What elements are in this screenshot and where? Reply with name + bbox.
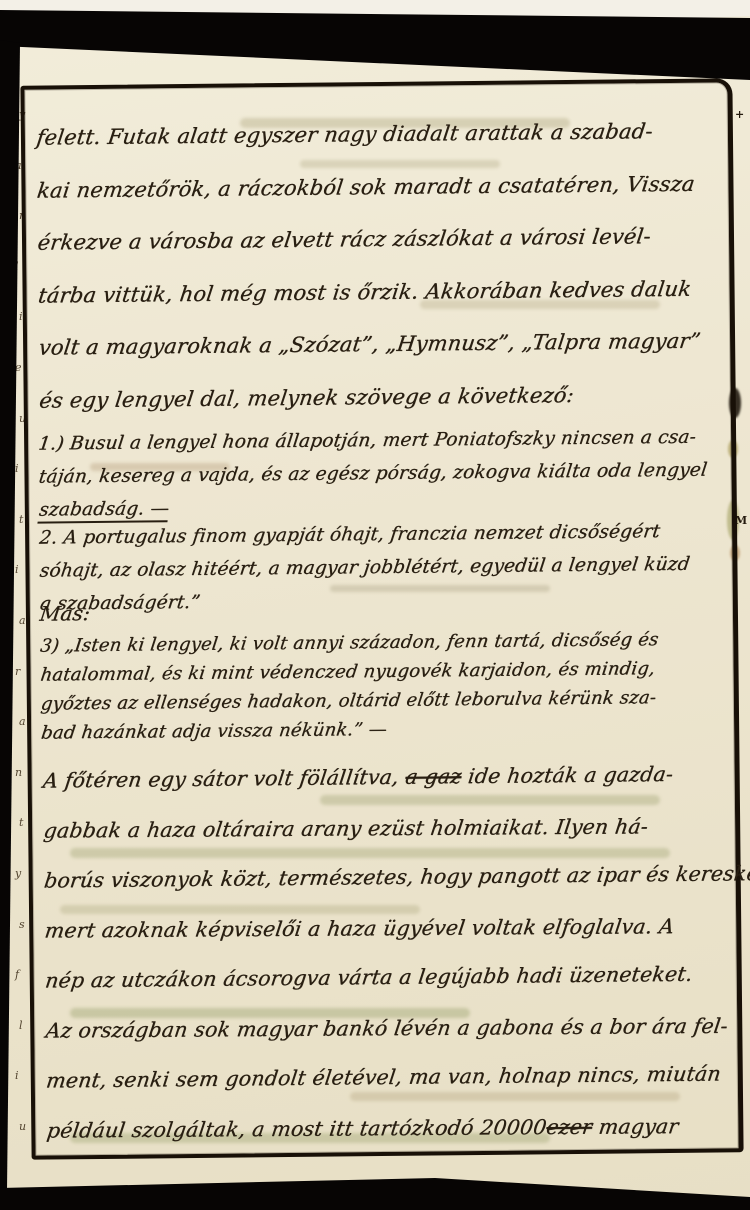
margin-bleed-letter: a xyxy=(19,715,26,728)
manuscript-line: Az országban sok magyar bankó lévén a ga… xyxy=(43,1001,743,1056)
manuscript-line: kai nemzetőrök, a ráczokból sok maradt a… xyxy=(34,157,735,217)
text-segment: 1.) Busul a lengyel hona állapotján, mer… xyxy=(37,427,697,455)
text-segment: gabbak a haza oltáraira arany ezüst holm… xyxy=(42,814,649,842)
text-segment: ide hozták a gazda- xyxy=(460,762,675,788)
text-segment: és egy lengyel dal, melynek szövege a kö… xyxy=(38,382,576,412)
margin-bleed-letter: r xyxy=(15,665,20,678)
photo-background: yanlieuitiarantysfliu +M felett. Futak a… xyxy=(0,0,750,1210)
margin-bleed-letter: u xyxy=(19,1120,26,1133)
text-segment: Az országban sok magyar bankó lévén a ga… xyxy=(44,1014,729,1043)
margin-bleed-letter: l xyxy=(19,1019,23,1032)
manuscript-line: például szolgáltak, a most itt tartózkod… xyxy=(44,1101,744,1156)
verse-block-1: 1.) Busul a lengyel hona állapotján, mer… xyxy=(36,420,731,526)
manuscript-line: érkezve a városba az elvett rácz zászlók… xyxy=(34,209,735,269)
text-segment: hatalommal, és ki mint védenczed nyugové… xyxy=(39,658,656,685)
manuscript-line: mert azoknak képviselői a haza ügyével v… xyxy=(42,901,742,956)
text-segment: táján, kesereg a vajda, és az egész pórs… xyxy=(37,460,708,488)
text-segment: volt a magyaroknak a „Szózat”, „Hymnusz”… xyxy=(37,329,702,360)
paragraph-block-2: A főtéren egy sátor volt fölállítva, a g… xyxy=(39,748,737,1155)
text-segment: borús viszonyok közt, természetes, hogy … xyxy=(43,861,750,893)
text-segment: sóhajt, az olasz hitéért, a magyar jobbl… xyxy=(38,554,691,582)
verse-block-3: 3) „Isten ki lengyel, ki volt annyi száz… xyxy=(38,624,733,747)
manuscript-line: A főtéren egy sátor volt fölállítva, a g… xyxy=(40,748,740,805)
text-segment: kai nemzetőrök, a ráczokból sok maradt a… xyxy=(36,171,697,202)
text-segment: magyar xyxy=(591,1114,680,1139)
margin-bleed-letter: t xyxy=(19,513,23,526)
margin-bleed-letter: s xyxy=(19,918,25,931)
manuscript-line: gabbak a haza oltáraira arany ezüst holm… xyxy=(40,801,740,856)
margin-bleed-letter: i xyxy=(15,1069,19,1082)
text-segment: tárba vittük, hol még most is őrzik. Akk… xyxy=(37,276,693,307)
text-segment: 2. A portugalus finom gyapját óhajt, fra… xyxy=(38,521,661,549)
margin-bleed-letter: i xyxy=(15,563,19,576)
text-segment: 3) „Isten ki lengyel, ki volt annyi száz… xyxy=(39,629,660,657)
margin-bleed-letter: n xyxy=(15,766,22,779)
manuscript-line: felett. Futak alatt egyszer nagy diadalt… xyxy=(33,104,734,164)
text-segment: győztes az ellenséges hadakon, oltárid e… xyxy=(40,687,658,714)
manuscript-line: és egy lengyel dal, melynek szövege a kö… xyxy=(36,367,737,427)
paragraph-block-1: felett. Futak alatt egyszer nagy diadalt… xyxy=(33,104,730,426)
margin-bleed-letter: y xyxy=(15,867,21,880)
manuscript-line: borús viszonyok közt, természetes, hogy … xyxy=(41,848,741,905)
margin-bleed-letter: a xyxy=(19,614,26,627)
text-segment: például szolgáltak, a most itt tartózkod… xyxy=(45,1115,548,1143)
margin-bleed-letter: f xyxy=(15,968,19,981)
struck-text: ezer xyxy=(545,1115,594,1139)
text-segment: A főtéren egy sátor volt fölállítva, xyxy=(42,765,407,793)
text-segment: mert azoknak képviselői a haza ügyével v… xyxy=(43,914,676,942)
manuscript-line: ment, senki sem gondolt életével, ma van… xyxy=(43,1048,743,1105)
text-segment: érkezve a városba az elvett rácz zászlók… xyxy=(36,224,652,254)
text-segment: ment, senki sem gondolt életével, ma van… xyxy=(45,1061,723,1092)
manuscript-line: nép az utczákon ácsorogva várta a legúja… xyxy=(42,948,742,1005)
page-content: felett. Futak alatt egyszer nagy diadalt… xyxy=(20,78,743,1159)
margin-mark: + xyxy=(735,108,744,121)
text-segment: felett. Futak alatt egyszer nagy diadalt… xyxy=(35,119,654,149)
text-segment: bad hazánkat adja vissza nékünk.” — xyxy=(40,719,388,744)
manuscript-line: volt a magyaroknak a „Szózat”, „Hymnusz”… xyxy=(35,314,736,374)
text-segment: nép az utczákon ácsorogva várta a legúja… xyxy=(44,962,694,993)
struck-text: a gaz xyxy=(404,764,463,789)
margin-bleed-letter: t xyxy=(19,816,23,829)
margin-bleed-letter: i xyxy=(15,462,19,475)
manuscript-line: tárba vittük, hol még most is őrzik. Akk… xyxy=(35,262,736,322)
text-segment: Más: xyxy=(38,601,91,626)
